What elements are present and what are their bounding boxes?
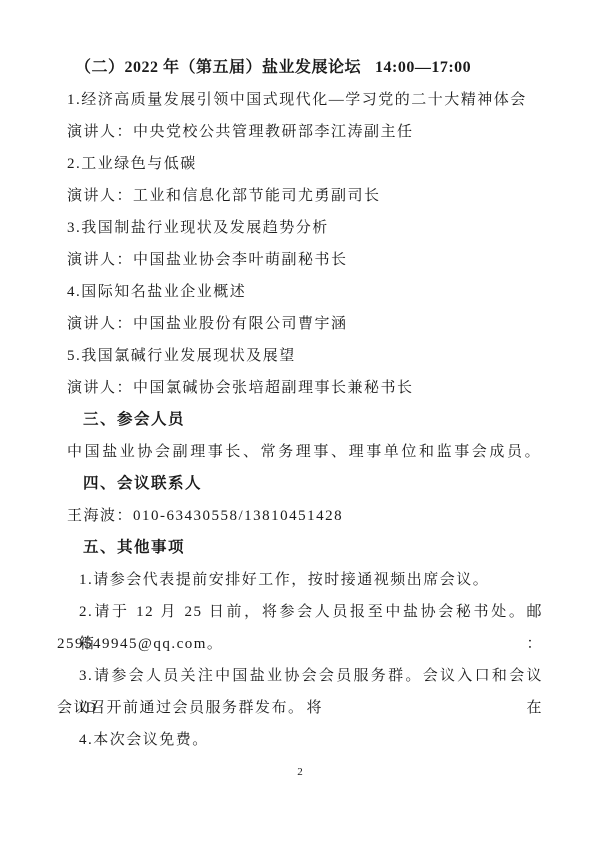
speaker-line-3: 演讲人：中国盐业协会李叶萌副秘书长 bbox=[57, 244, 543, 276]
misc-item-2-line-1: 2.请于 12 月 25 日前，将参会人员报至中盐协会秘书处。邮箱： bbox=[57, 596, 543, 628]
document-content: （二）2022 年（第五届）盐业发展论坛14:00—17:00 1.经济高质量发… bbox=[57, 52, 543, 756]
attendees-body: 中国盐业协会副理事长、常务理事、理事单位和监事会成员。 bbox=[57, 436, 543, 468]
topic-line-2: 2.工业绿色与低碳 bbox=[57, 148, 543, 180]
contact-body: 王海波：010-63430558/13810451428 bbox=[57, 500, 543, 532]
session-heading: （二）2022 年（第五届）盐业发展论坛14:00—17:00 bbox=[57, 52, 543, 84]
topic-line-3: 3.我国制盐行业现状及发展趋势分析 bbox=[57, 212, 543, 244]
session-title: （二）2022 年（第五届）盐业发展论坛 bbox=[75, 59, 361, 76]
speaker-line-4: 演讲人：中国盐业股份有限公司曹宇涵 bbox=[57, 308, 543, 340]
topic-line-1: 1.经济高质量发展引领中国式现代化—学习党的二十大精神体会 bbox=[57, 84, 543, 116]
contact-heading: 四、会议联系人 bbox=[57, 468, 543, 500]
speaker-line-1: 演讲人：中央党校公共管理教研部李江涛副主任 bbox=[57, 116, 543, 148]
misc-item-4: 4.本次会议免费。 bbox=[57, 724, 543, 756]
topic-line-5: 5.我国氯碱行业发展现状及展望 bbox=[57, 340, 543, 372]
session-time: 14:00—17:00 bbox=[375, 59, 471, 76]
topic-line-4: 4.国际知名盐业企业概述 bbox=[57, 276, 543, 308]
page-number: 2 bbox=[0, 766, 600, 778]
misc-heading: 五、其他事项 bbox=[57, 532, 543, 564]
speaker-line-2: 演讲人：工业和信息化部节能司尤勇副司长 bbox=[57, 180, 543, 212]
attendees-heading: 三、参会人员 bbox=[57, 404, 543, 436]
misc-item-3-line-1: 3.请参会人员关注中国盐业协会会员服务群。会议入口和会议 ID 将在 bbox=[57, 660, 543, 692]
speaker-line-5: 演讲人：中国氯碱协会张培超副理事长兼秘书长 bbox=[57, 372, 543, 404]
document-page: （二）2022 年（第五届）盐业发展论坛14:00—17:00 1.经济高质量发… bbox=[0, 0, 600, 848]
misc-item-1: 1.请参会代表提前安排好工作，按时接通视频出席会议。 bbox=[57, 564, 543, 596]
